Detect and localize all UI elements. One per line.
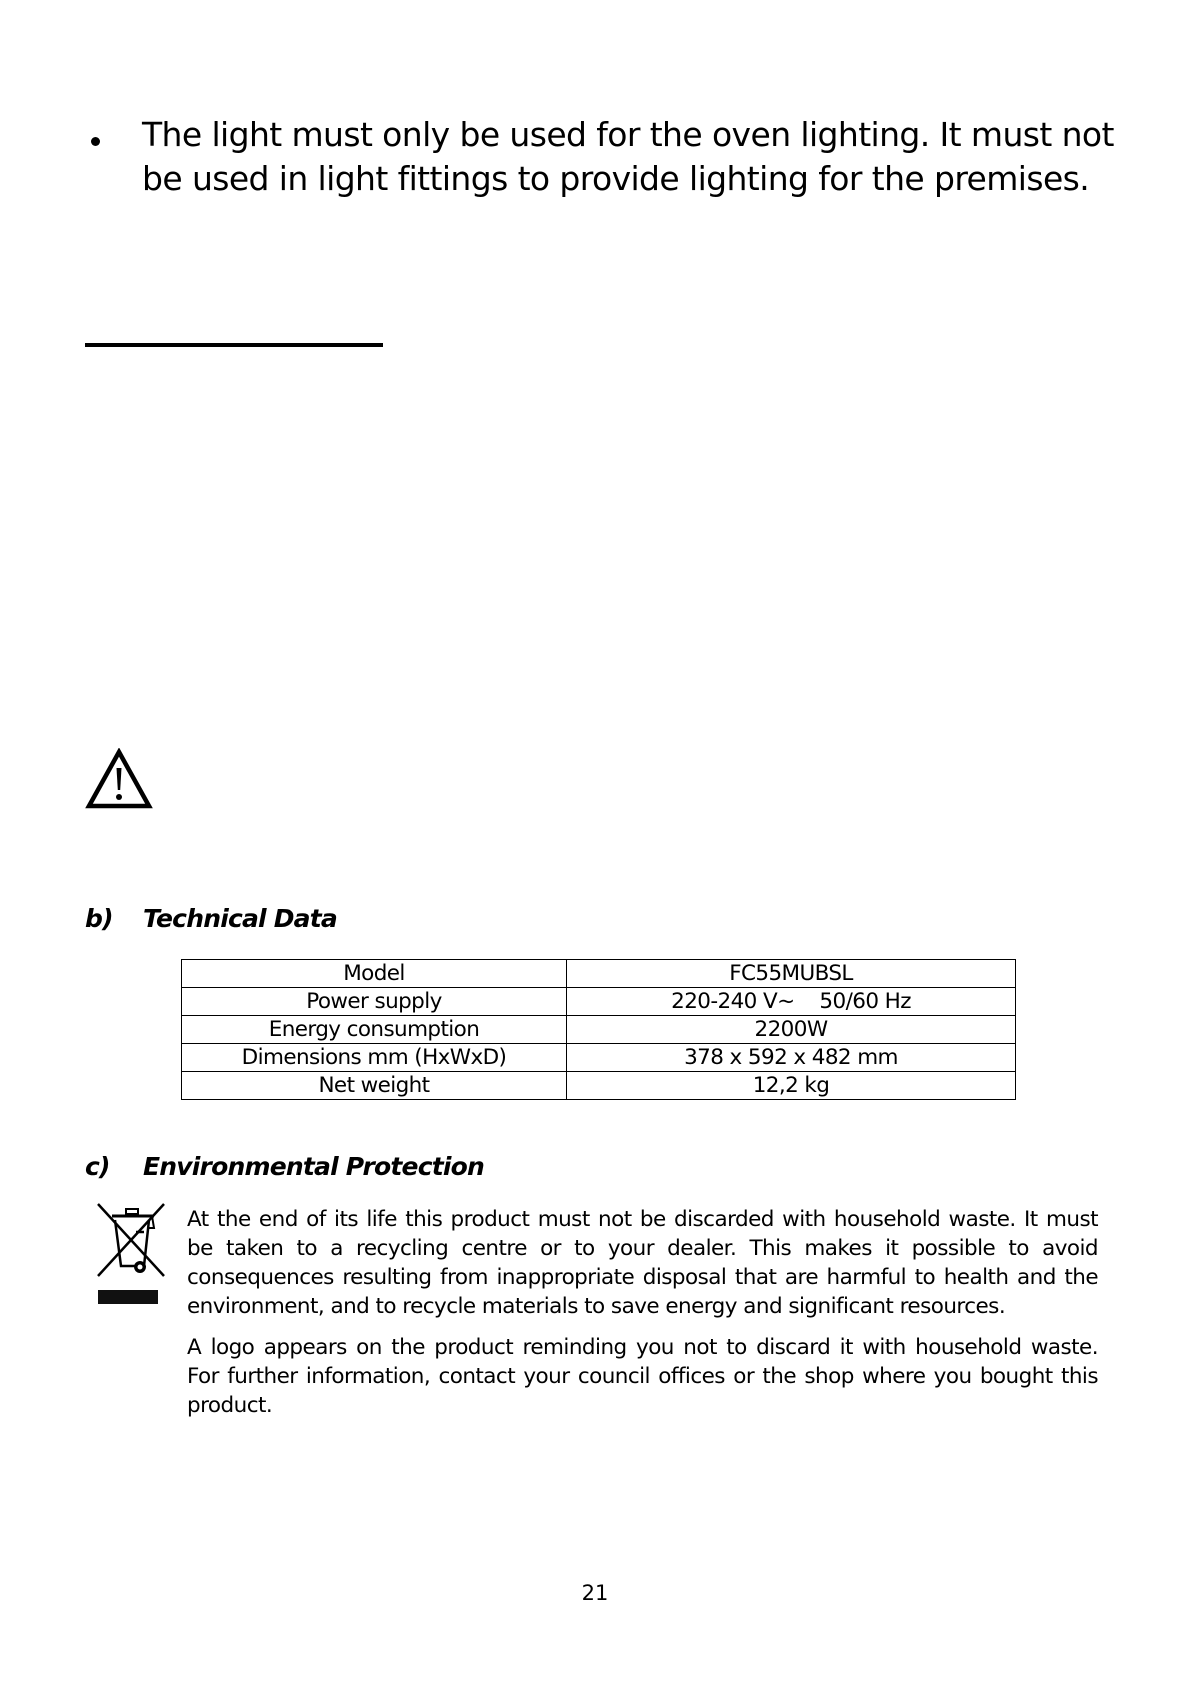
bullet-line: The light must only be used for the oven…: [142, 113, 1142, 157]
disposal-paragraph: At the end of its life this product must…: [187, 1205, 1098, 1321]
text-line: be taken to a recycling centre or to you…: [187, 1234, 1098, 1263]
table-row: Energy consumption 2200W: [182, 1016, 1016, 1044]
technical-data-heading: b)Technical Data: [85, 904, 337, 933]
table-row: Model FC55MUBSL: [182, 960, 1016, 988]
bullet-point: [91, 137, 100, 146]
spec-label: Net weight: [182, 1072, 567, 1100]
spec-value: 220-240 V~ 50/60 Hz: [567, 988, 1016, 1016]
section-title: Environmental Protection: [143, 1152, 484, 1181]
spec-value: 378 x 592 x 482 mm: [567, 1044, 1016, 1072]
text-line: consequences resulting from inappropriat…: [187, 1263, 1098, 1292]
table-row: Net weight 12,2 kg: [182, 1072, 1016, 1100]
spec-value: 2200W: [567, 1016, 1016, 1044]
crossed-out-wheelie-bin-icon: [96, 1198, 168, 1308]
bullet-line: be used in light fittings to provide lig…: [142, 157, 1142, 201]
spec-label: Energy consumption: [182, 1016, 567, 1044]
table-row: Power supply 220-240 V~ 50/60 Hz: [182, 988, 1016, 1016]
spec-label: Model: [182, 960, 567, 988]
table-row: Dimensions mm (HxWxD) 378 x 592 x 482 mm: [182, 1044, 1016, 1072]
horizontal-rule: [85, 343, 383, 347]
text-line: environment, and to recycle materials to…: [187, 1292, 1098, 1321]
text-line: At the end of its life this product must…: [187, 1205, 1098, 1234]
spec-value: 12,2 kg: [567, 1072, 1016, 1100]
spec-label: Dimensions mm (HxWxD): [182, 1044, 567, 1072]
lighting-warning-text: The light must only be used for the oven…: [142, 113, 1142, 201]
text-line: product.: [187, 1391, 1098, 1420]
technical-data-table: Model FC55MUBSL Power supply 220-240 V~ …: [181, 959, 1016, 1100]
section-letter: b): [85, 904, 143, 933]
page-number: 21: [0, 1581, 1190, 1605]
spec-label: Power supply: [182, 988, 567, 1016]
spec-value: FC55MUBSL: [567, 960, 1016, 988]
text-line: A logo appears on the product reminding …: [187, 1333, 1098, 1362]
environmental-protection-text: At the end of its life this product must…: [187, 1205, 1098, 1432]
warning-triangle-icon: [85, 748, 153, 810]
section-title: Technical Data: [143, 904, 337, 933]
section-letter: c): [85, 1152, 143, 1181]
text-line: For further information, contact your co…: [187, 1362, 1098, 1391]
logo-paragraph: A logo appears on the product reminding …: [187, 1333, 1098, 1420]
environmental-protection-heading: c)Environmental Protection: [85, 1152, 484, 1181]
